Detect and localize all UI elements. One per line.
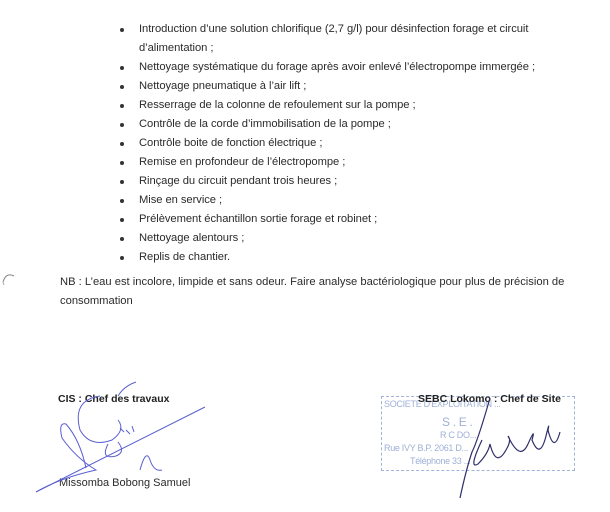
task-item: Contrôle de la corde d’immobilisation de… xyxy=(0,115,579,134)
stamp-line: Téléphone 33 ... xyxy=(410,456,470,466)
task-item: Mise en service ; xyxy=(0,191,579,210)
task-item: Introduction d’une solution chlorifique … xyxy=(0,20,579,58)
stamp-line: S . E . xyxy=(442,415,473,429)
task-item: Remise en profondeur de l’électropompe ; xyxy=(0,153,579,172)
left-signatory-name: Missomba Bobong Samuel xyxy=(59,477,190,489)
task-item: Nettoyage pneumatique à l’air lift ; xyxy=(0,77,579,96)
task-item: Nettoyage systématique du forage après a… xyxy=(0,58,579,77)
task-item: Replis de chantier. xyxy=(0,248,579,267)
punch-hole-mark-icon xyxy=(0,268,20,288)
right-signatory-title: SEBC Lokomo : Chef de Site xyxy=(418,393,561,405)
task-item: Contrôle boite de fonction électrique ; xyxy=(0,134,579,153)
stamp-line: R C DO... xyxy=(440,430,476,440)
task-item: Prélèvement échantillon sortie forage et… xyxy=(0,210,579,229)
task-item: Rinçage du circuit pendant trois heures … xyxy=(0,172,579,191)
note-paragraph: NB : L’eau est incolore, limpide et sans… xyxy=(60,273,580,311)
task-list: Introduction d’une solution chlorifique … xyxy=(0,20,579,267)
company-stamp: SOCIETE D'EXPLOITATION ... S . E . R C D… xyxy=(381,396,575,471)
task-item: Resserrage de la colonne de refoulement … xyxy=(0,96,579,115)
left-signatory-title: CIS : Chef des travaux xyxy=(58,393,169,405)
stamp-line: Rue IVY B.P. 2061 D... xyxy=(384,443,468,453)
task-item: Nettoyage alentours ; xyxy=(0,229,579,248)
